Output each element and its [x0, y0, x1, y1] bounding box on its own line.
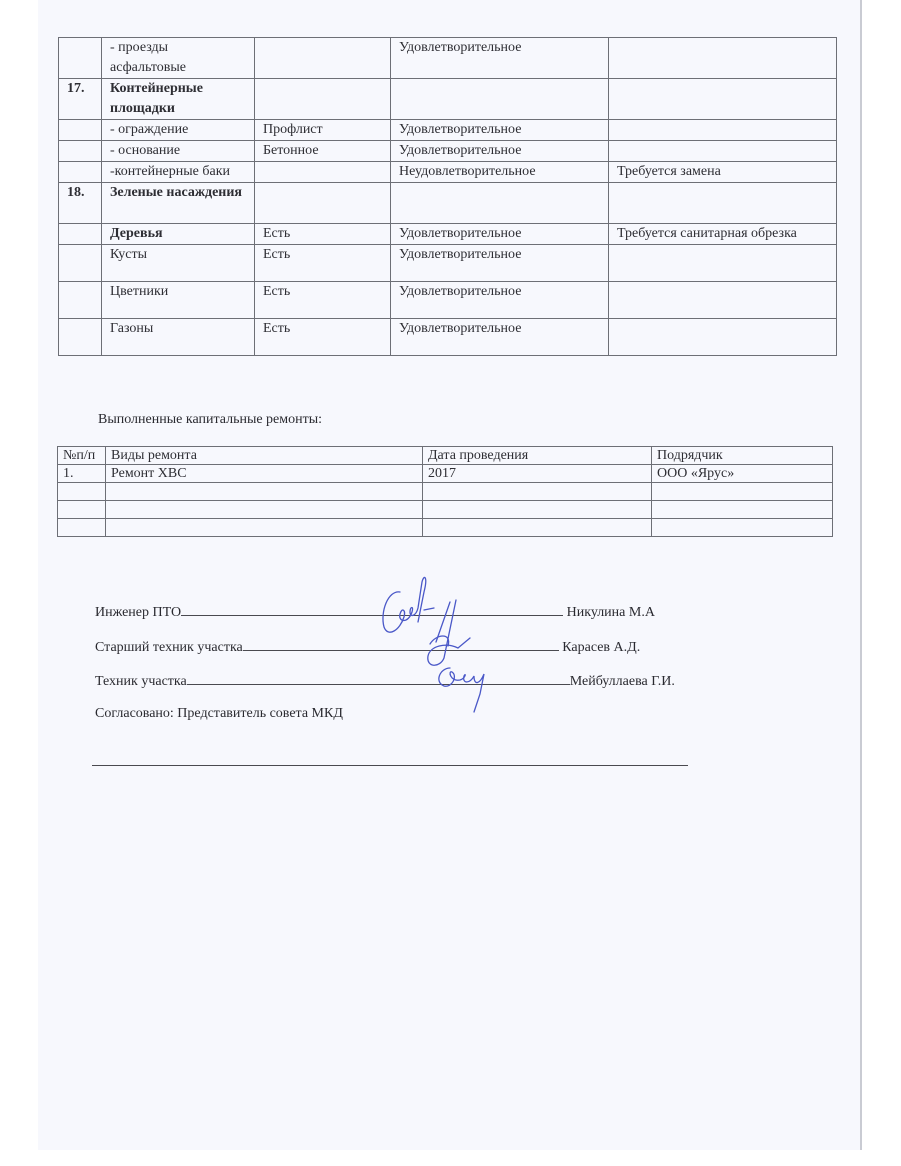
row-condition: Удовлетворительное	[391, 245, 609, 282]
table-row: - проезды асфальтовые Удовлетворительное	[59, 38, 837, 79]
table-row	[58, 501, 833, 519]
row-condition: Удовлетворительное	[391, 141, 609, 162]
cell-contractor: ООО «Ярус»	[652, 465, 833, 483]
signature-name: Карасев А.Д.	[562, 640, 640, 655]
row-item: Газоны	[102, 319, 255, 356]
row-number	[59, 162, 102, 183]
table-row: -контейнерные баки Неудовлетворительное …	[59, 162, 837, 183]
row-item: - проезды асфальтовые	[102, 38, 255, 79]
row-item: Кусты	[102, 245, 255, 282]
row-material	[255, 79, 391, 120]
row-note	[609, 120, 837, 141]
table-row: Кусты Есть Удовлетворительное	[59, 245, 837, 282]
row-number	[59, 38, 102, 79]
row-note	[609, 38, 837, 79]
table-row: Газоны Есть Удовлетворительное	[59, 319, 837, 356]
row-number: 17.	[59, 79, 102, 120]
row-condition	[391, 183, 609, 224]
row-material: Профлист	[255, 120, 391, 141]
cell-number	[58, 501, 106, 519]
agreement-signature-line	[92, 765, 688, 766]
cell-contractor	[652, 501, 833, 519]
cell-date	[423, 519, 652, 537]
row-number	[59, 245, 102, 282]
inspection-table: - проезды асфальтовые Удовлетворительное…	[58, 37, 837, 356]
row-note	[609, 79, 837, 120]
signature-role: Старший техник участка	[95, 640, 243, 655]
row-material: Есть	[255, 245, 391, 282]
cell-repair-type: Ремонт ХВС	[106, 465, 423, 483]
row-note	[609, 141, 837, 162]
row-material	[255, 162, 391, 183]
table-row: - основание Бетонное Удовлетворительное	[59, 141, 837, 162]
row-item: Зеленые насаждения	[102, 183, 255, 224]
header-repair-type: Виды ремонта	[106, 447, 423, 465]
cell-date	[423, 483, 652, 501]
table-row	[58, 483, 833, 501]
row-condition: Удовлетворительное	[391, 319, 609, 356]
row-material	[255, 38, 391, 79]
cell-date: 2017	[423, 465, 652, 483]
table-header-row: №п/п Виды ремонта Дата проведения Подряд…	[58, 447, 833, 465]
row-item: Цветники	[102, 282, 255, 319]
header-contractor: Подрядчик	[652, 447, 833, 465]
header-number: №п/п	[58, 447, 106, 465]
row-material	[255, 183, 391, 224]
row-condition: Удовлетворительное	[391, 120, 609, 141]
table-row: Деревья Есть Удовлетворительное Требуетс…	[59, 224, 837, 245]
row-note: Требуется замена	[609, 162, 837, 183]
row-item: Деревья	[102, 224, 255, 245]
cell-date	[423, 501, 652, 519]
handwritten-signatures-icon	[370, 572, 520, 722]
signature-line-senior-technician: Старший техник участка Карасев А.Д.	[95, 638, 640, 656]
row-condition	[391, 79, 609, 120]
row-number	[59, 282, 102, 319]
signature-name: Мейбуллаева Г.И.	[570, 674, 675, 689]
table-row: 1. Ремонт ХВС 2017 ООО «Ярус»	[58, 465, 833, 483]
cell-number: 1.	[58, 465, 106, 483]
row-item: Контейнерные площадки	[102, 79, 255, 120]
row-condition: Удовлетворительное	[391, 282, 609, 319]
table-row: 18. Зеленые насаждения	[59, 183, 837, 224]
cell-contractor	[652, 519, 833, 537]
row-number	[59, 120, 102, 141]
signature-name: Никулина М.А	[567, 605, 655, 620]
row-condition: Удовлетворительное	[391, 38, 609, 79]
row-item: - ограждение	[102, 120, 255, 141]
signature-role: Инженер ПТО	[95, 605, 181, 620]
row-number	[59, 224, 102, 245]
row-note	[609, 183, 837, 224]
cell-repair-type	[106, 519, 423, 537]
cell-contractor	[652, 483, 833, 501]
row-number: 18.	[59, 183, 102, 224]
cell-repair-type	[106, 501, 423, 519]
row-condition: Неудовлетворительное	[391, 162, 609, 183]
repairs-table: №п/п Виды ремонта Дата проведения Подряд…	[57, 446, 833, 537]
repairs-title: Выполненные капитальные ремонты:	[98, 412, 322, 428]
table-row: 17. Контейнерные площадки	[59, 79, 837, 120]
row-note	[609, 282, 837, 319]
row-material: Есть	[255, 282, 391, 319]
row-note	[609, 319, 837, 356]
cell-repair-type	[106, 483, 423, 501]
cell-number	[58, 519, 106, 537]
row-note: Требуется санитарная обрезка	[609, 224, 837, 245]
row-material: Есть	[255, 224, 391, 245]
header-date: Дата проведения	[423, 447, 652, 465]
page-edge	[860, 0, 862, 1150]
row-material: Бетонное	[255, 141, 391, 162]
table-row: Цветники Есть Удовлетворительное	[59, 282, 837, 319]
cell-number	[58, 483, 106, 501]
row-note	[609, 245, 837, 282]
row-condition: Удовлетворительное	[391, 224, 609, 245]
table-row: - ограждение Профлист Удовлетворительное	[59, 120, 837, 141]
agreement-label: Согласовано: Представитель совета МКД	[95, 706, 343, 722]
table-row	[58, 519, 833, 537]
signature-role: Техник участка	[95, 674, 187, 689]
row-item: - основание	[102, 141, 255, 162]
row-material: Есть	[255, 319, 391, 356]
row-item: -контейнерные баки	[102, 162, 255, 183]
row-number	[59, 141, 102, 162]
row-number	[59, 319, 102, 356]
